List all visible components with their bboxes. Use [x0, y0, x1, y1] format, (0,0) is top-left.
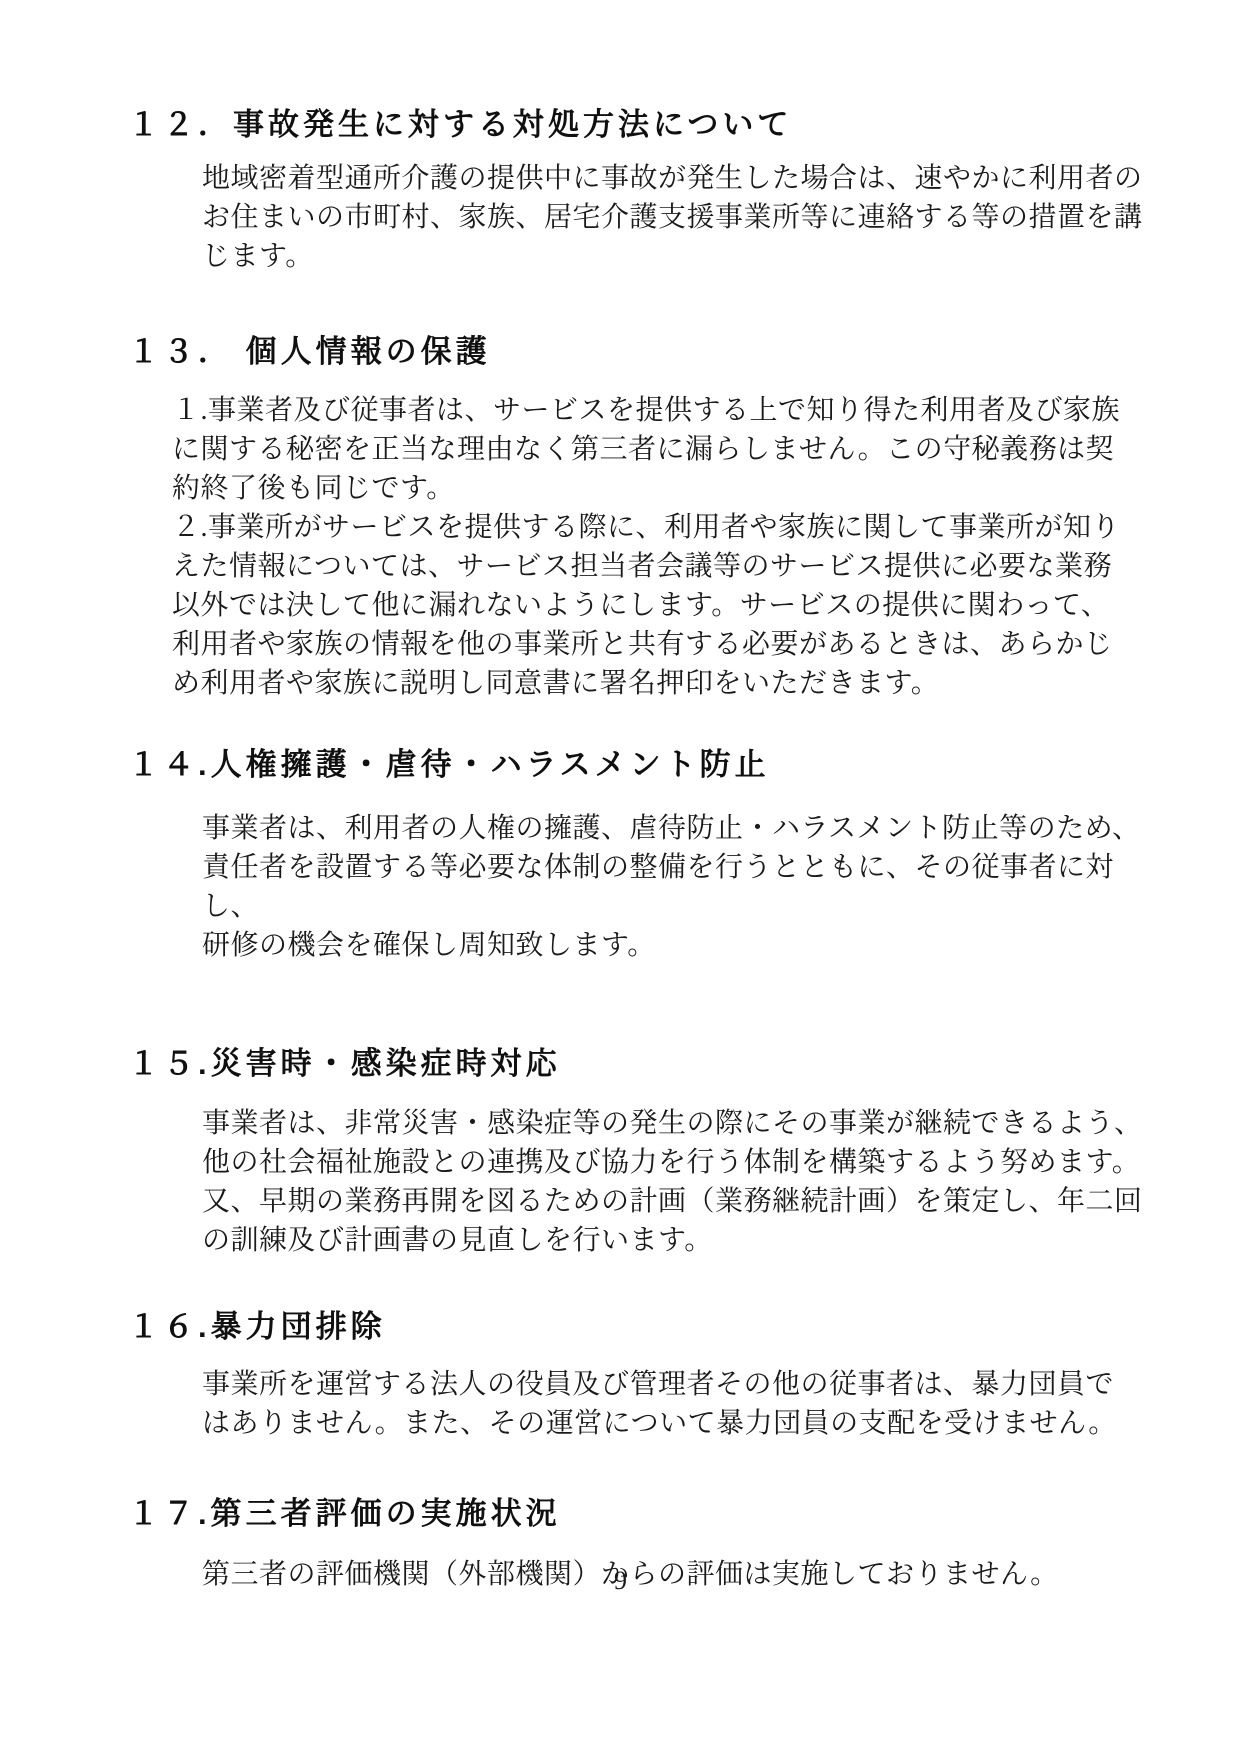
section-15-heading: １５.災害時・感染症時対応	[128, 1044, 1146, 1084]
section-16: １６.暴力団排除 事業所を運営する法人の役員及び管理者その他の従事者は、暴力団員…	[128, 1307, 1146, 1443]
section-16-heading: １６.暴力団排除	[128, 1307, 1146, 1347]
page-number: 9	[0, 1564, 1241, 1598]
section-13: １３． 個人情報の保護 １.事業者及び従事者は、サービスを提供する上で知り得た利…	[128, 332, 1146, 703]
section-14-heading: １４.人権擁護・虐待・ハラスメント防止	[128, 745, 1146, 785]
section-12-heading: １２．事故発生に対する対処方法について	[128, 105, 1146, 145]
section-17-heading: １７.第三者評価の実施状況	[128, 1494, 1146, 1534]
list-item: １.事業者及び従事者は、サービスを提供する上で知り得た利用者及び家族 に関する秘…	[172, 391, 1146, 508]
document-page: １２．事故発生に対する対処方法について 地域密着型通所介護の提供中に事故が発生し…	[0, 0, 1241, 1755]
section-16-paragraph: 事業所を運営する法人の役員及び管理者その他の従事者は、暴力団員で はありません。…	[202, 1365, 1146, 1443]
list-item: ２.事業所がサービスを提供する際に、利用者や家族に関して事業所が知り えた情報に…	[172, 508, 1146, 703]
section-15-paragraph: 事業者は、非常災害・感染症等の発生の際にその事業が継続できるよう、 他の社会福祉…	[202, 1104, 1146, 1260]
section-12-paragraph: 地域密着型通所介護の提供中に事故が発生した場合は、速やかに利用者の お住まいの市…	[202, 159, 1146, 276]
section-15: １５.災害時・感染症時対応 事業者は、非常災害・感染症等の発生の際にその事業が継…	[128, 1044, 1146, 1260]
section-12: １２．事故発生に対する対処方法について 地域密着型通所介護の提供中に事故が発生し…	[128, 105, 1146, 276]
section-14-paragraph: 事業者は、利用者の人権の擁護、虐待防止・ハラスメント防止等のため、 責任者を設置…	[202, 809, 1146, 965]
section-14: １４.人権擁護・虐待・ハラスメント防止 事業者は、利用者の人権の擁護、虐待防止・…	[128, 745, 1146, 965]
section-13-heading: １３． 個人情報の保護	[128, 332, 1146, 372]
